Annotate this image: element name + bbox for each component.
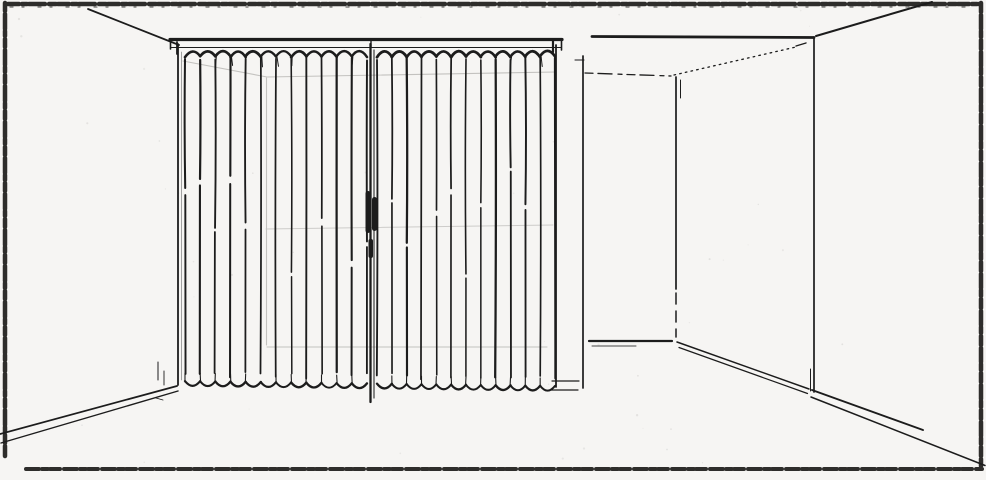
paper-speckle: [636, 414, 638, 416]
blind-slat: [215, 59, 216, 227]
paper-speckle: [800, 10, 802, 12]
blind-slat-top-scallop: [511, 51, 526, 57]
control-wand-left: [366, 191, 371, 233]
blind-slat-bottom-scallop: [337, 383, 352, 388]
far-wall-top-line: [592, 37, 814, 38]
blind-slat-top-scallop: [451, 51, 466, 57]
paper-speckle: [702, 462, 703, 463]
blind-slat-bottom-scallop: [231, 382, 246, 387]
paper-speckle: [293, 252, 294, 253]
blind-slat-top-scallop: [377, 51, 392, 57]
blind-slat-top-scallop: [525, 51, 540, 57]
blind-slat-bottom-scallop: [246, 382, 261, 387]
blind-slat-bottom-scallop: [185, 381, 200, 386]
blind-slat: [275, 59, 276, 377]
blind-slat-top-scallop: [276, 51, 291, 56]
paper-speckle: [18, 18, 20, 20]
blind-slat-top-scallop: [436, 51, 451, 57]
blind-slat-top-scallop: [496, 51, 511, 57]
blind-slat-top-scallop: [322, 51, 337, 57]
door-head-dashed-line: [585, 73, 671, 76]
blind-slat-bottom-scallop: [422, 384, 437, 389]
blind-slat: [421, 58, 422, 379]
paper-speckle: [399, 453, 401, 455]
baseboard-left: [0, 362, 178, 443]
paper-speckle: [544, 341, 545, 342]
blind-slat-bottom-scallop: [496, 385, 511, 390]
blind-slat-hook-tick: [277, 57, 278, 66]
baseboard-sketch-tick-3: [156, 398, 163, 400]
paper-speckle: [193, 296, 194, 297]
blind-slat: [495, 59, 496, 377]
blind-slat-bottom-scallop: [276, 382, 291, 387]
blind-slat-top-scallop: [246, 51, 261, 57]
baseboard-left-upper-line: [0, 386, 177, 434]
blind-slat-top-scallop: [466, 51, 481, 57]
blind-slat: [407, 57, 408, 242]
blind-slat-top-scallop: [306, 51, 321, 56]
paper-speckle: [782, 249, 784, 251]
paper-speckle: [723, 259, 724, 260]
blind-slat: [525, 58, 526, 204]
paper-speckle: [420, 17, 421, 18]
paper-speckle: [252, 172, 254, 174]
blind-slat: [291, 59, 292, 272]
paper-speckle: [758, 204, 759, 205]
far-wall-right: [592, 37, 985, 466]
paper-speckle: [86, 122, 88, 124]
blind-slat-bottom-scallop: [215, 382, 230, 387]
blind-slat-bottom-scallop: [322, 383, 337, 388]
paper-speckle: [249, 409, 250, 410]
blind-slat-bottom-scallop: [407, 384, 422, 389]
paper-speckle: [643, 428, 644, 429]
blind-slat-top-scallop: [200, 51, 215, 56]
blind-slat-bottom-scallop: [451, 385, 466, 390]
blind-slat-bottom-scallop: [377, 384, 392, 389]
far-wall-baseboard-lower: [679, 348, 808, 394]
room-sketch-canvas: [0, 0, 986, 480]
door-swing-dotted-line: [674, 47, 796, 75]
paper-speckle: [689, 322, 690, 323]
blind-slat: [540, 58, 541, 376]
blind-slat-bottom-scallop: [511, 385, 526, 390]
control-wand-right: [372, 197, 377, 231]
blind-slat-top-scallop: [481, 52, 496, 58]
blind-slat-top-scallop: [337, 51, 352, 56]
blind-slat: [185, 59, 186, 188]
paper-speckle: [583, 447, 585, 449]
blind-slat-top-scallop: [407, 51, 422, 57]
blind-slat: [260, 58, 261, 374]
blind-slat-bottom-scallop: [306, 383, 321, 388]
paper-speckle: [174, 9, 175, 10]
control-wand-tip: [369, 239, 374, 258]
paper-speckle: [597, 343, 599, 345]
blind-slat-top-scallop: [422, 51, 437, 56]
paper-speckle: [513, 193, 515, 195]
paper-speckle: [231, 274, 233, 276]
paper-speckle: [20, 35, 22, 37]
blind-slat-bottom-scallop: [261, 382, 276, 387]
blind-slat-top-scallop: [291, 51, 306, 57]
open-doorway: [551, 43, 806, 390]
right-wall-baseboard-lower: [811, 397, 985, 466]
blind-slat-top-scallop: [392, 51, 407, 57]
paper-speckle: [548, 383, 549, 384]
paper-speckle: [841, 343, 843, 345]
blind-slat-hook-tick: [232, 57, 233, 65]
blind-slat-top-scallop: [231, 52, 246, 58]
paper-speckle: [143, 68, 145, 70]
door-swing-end-tick: [796, 43, 806, 46]
ceiling-corner-line-left: [88, 9, 179, 45]
paper-speckle: [193, 261, 195, 263]
blind-slat: [510, 60, 511, 168]
paper-speckle: [81, 424, 83, 426]
sketched-room-drawing: [0, 0, 986, 480]
blind-slat-hook-tick: [352, 57, 353, 64]
blind-slat-bottom-scallop: [392, 384, 407, 389]
blind-slat-top-scallop: [185, 52, 200, 58]
blind-slat-bottom-scallop: [352, 383, 367, 388]
blind-slat-bottom-scallop: [466, 385, 481, 390]
right-wall-baseboard-upper: [812, 390, 923, 430]
blind-slat: [245, 59, 246, 223]
paper-speckle: [562, 458, 564, 460]
blind-slat-bottom-scallop: [525, 386, 540, 391]
blind-slat-bottom-scallop: [481, 385, 496, 390]
ceiling-corner-line-right: [816, 2, 932, 36]
blind-slat-hook-tick: [262, 57, 263, 67]
paper-speckle: [666, 449, 668, 451]
paper-speckle: [748, 244, 749, 245]
baseboard-left-lower-line: [1, 391, 178, 443]
blind-slat-bottom-scallop: [291, 383, 306, 388]
paper-speckle: [165, 188, 166, 189]
paper-speckle: [809, 26, 810, 27]
blind-slat-bottom-scallop: [200, 381, 215, 386]
paper-speckle: [637, 375, 639, 377]
blind-slat-hook-tick: [541, 57, 542, 67]
paper-speckle: [709, 258, 711, 260]
blind-slat: [465, 59, 466, 274]
blind-slat-top-scallop: [215, 51, 230, 56]
blind-slat-top-scallop: [352, 51, 367, 57]
far-wall-baseboard-upper: [677, 342, 809, 389]
blind-slat-bottom-scallop: [436, 384, 451, 389]
paper-speckle: [670, 428, 672, 430]
blind-slat-top-scallop: [261, 51, 276, 56]
paper-speckle: [159, 140, 161, 142]
paper-speckle: [143, 461, 145, 463]
paper-speckle: [618, 14, 620, 16]
